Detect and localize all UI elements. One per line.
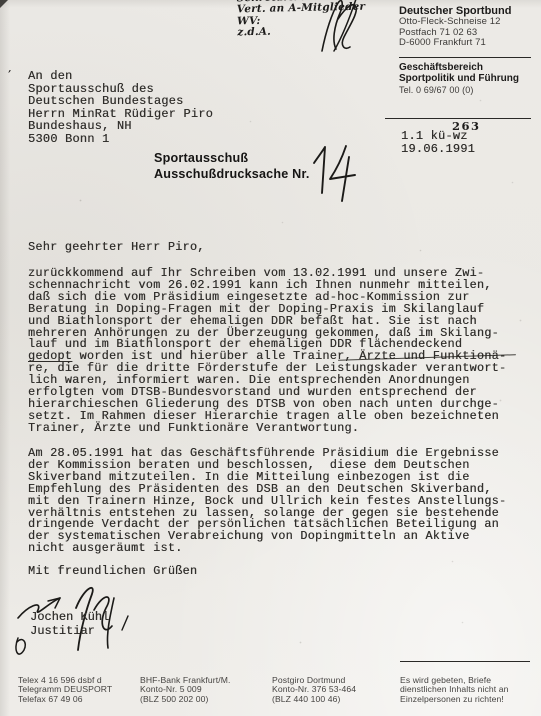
department-line2: Sportpolitik und Führung (399, 74, 539, 85)
footer-divider-line (400, 661, 530, 662)
body-paragraph-2: Am 28.05.1991 hat das Geschäftsführende … (28, 448, 528, 555)
scan-corner-artifact (0, 0, 8, 8)
paragraph1-text-after: worden ist und hierüber alle Trainer, Är… (28, 349, 506, 434)
paragraph1-text-before: zurückkommend auf Ihr Schreiben vom 13.0… (28, 266, 499, 351)
reference-code: 1.1 kü-wz (401, 130, 468, 143)
footer-postgiro: Postgiro Dortmund Konto-Nr. 376 53-464 (… (272, 676, 356, 704)
sender-city: D-6000 Frankfurt 71 (399, 38, 537, 49)
header-divider-line (399, 57, 531, 58)
closing-line: Mit freundlichen Grüßen (28, 566, 197, 578)
signer-block: Jochen Kühl Justitiar (30, 611, 109, 638)
footer-bank: BHF-Bank Frankfurt/M. Konto-Nr. 5 009 (B… (140, 676, 230, 704)
salutation: Sehr geehrter Herr Piro, (28, 242, 205, 254)
handwritten-initials-scribble (292, 0, 372, 55)
recipient-address: An den Sportausschuß des Deutschen Bunde… (28, 70, 213, 146)
body-paragraph-1: zurückkommend auf Ihr Schreiben vom 13.0… (28, 268, 528, 435)
committee-stamp: Sportausschuß Ausschußdrucksache Nr. (154, 150, 310, 182)
handwritten-drucksache-number (302, 142, 370, 204)
scanned-letter-page: Sekretariat Vert. an A-Mitglieder WV: z.… (0, 0, 541, 716)
stamp-line2: Ausschußdrucksache Nr. (154, 166, 310, 182)
letter-date: 19.06.1991 (401, 143, 475, 156)
stamp-line1: Sportausschuß (154, 150, 310, 166)
sender-block: Deutscher Sportbund Otto-Fleck-Schneise … (399, 5, 537, 49)
footer-telecom: Telex 4 16 596 dsbf d Telegramm DEUSPORT… (18, 676, 112, 704)
signer-name: Jochen Kühl (30, 611, 109, 625)
department-block: Geschäftsbereich Sportpolitik und Führun… (399, 63, 539, 95)
pen-tick-mark: ’ (8, 70, 11, 80)
sender-street: Otto-Fleck-Schneise 12 (399, 17, 537, 28)
sender-phone: Tel. 0 69/67 00 (0) (399, 85, 539, 96)
footer-note: Es wird gebeten, Briefe dienstlichen Inh… (400, 676, 508, 704)
signer-title: Justitiar (30, 625, 109, 639)
